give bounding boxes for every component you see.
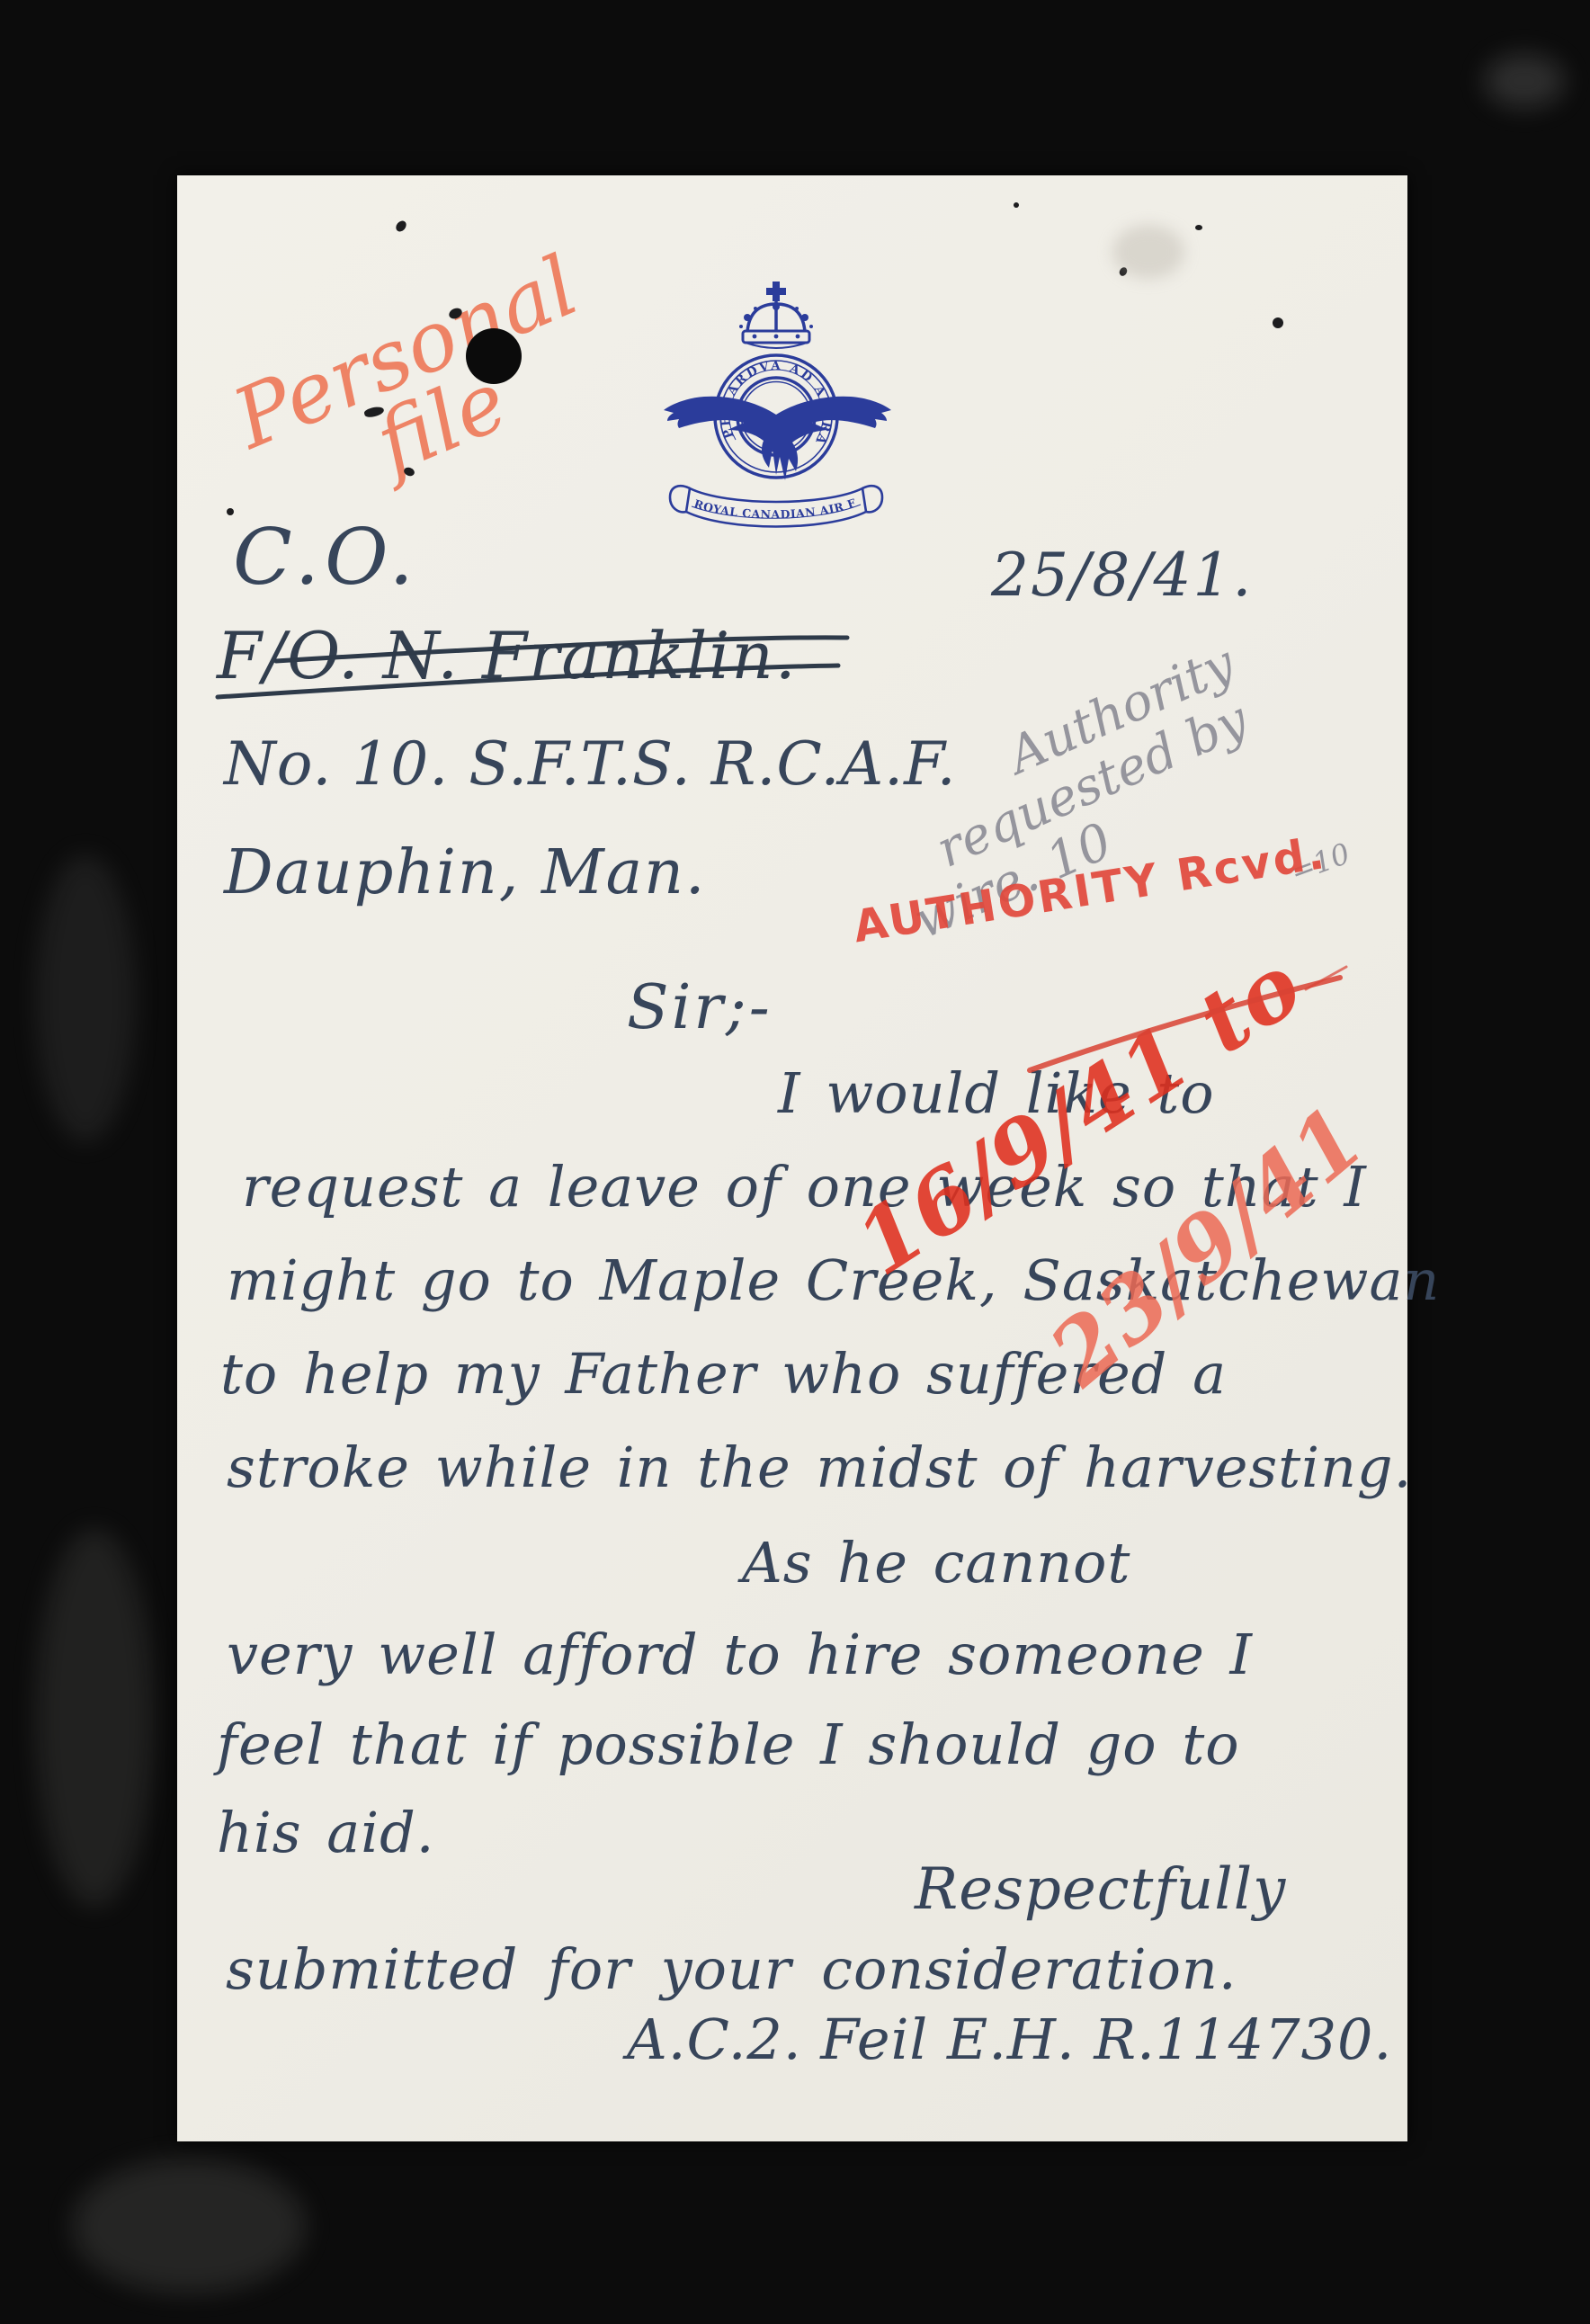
red-underline-tail (1306, 967, 1346, 989)
crossed-out-name: F/O. N. Franklin. (217, 623, 798, 688)
crown-cross-icon (766, 282, 786, 301)
body-line: very well afford to hire someone I (227, 1627, 1253, 1683)
body-line: feel that if possible I should go to (217, 1717, 1240, 1773)
scanned-letter-page: { "scan": { "background_color": "#0c0c0c… (0, 0, 1590, 2324)
backdrop-smudge (72, 2159, 306, 2293)
eagle-icon (664, 397, 891, 480)
location-line: Dauphin, Man. (224, 843, 707, 904)
closing-line1: Respectfully (915, 1861, 1286, 1918)
ink-speck (394, 219, 408, 233)
file-note: Personal file (224, 246, 619, 532)
body-line: his aid. (217, 1805, 434, 1861)
closing-line2: submitted for your consideration. (226, 1942, 1237, 1998)
rcaf-crest: PER ARDVA AD ASTRA ROYAL CANADIAN AIR FO… (659, 280, 895, 542)
letter-date: 25/8/41. (991, 546, 1253, 605)
punch-hole (466, 328, 522, 384)
body-line: As he cannot (742, 1535, 1130, 1591)
letter-paper: Personal file (177, 175, 1407, 2141)
backdrop-smudge (1484, 54, 1565, 108)
paper-stain (1112, 225, 1184, 279)
addressee: C.O. (233, 519, 419, 596)
signature-line: A.C.2. Feil E.H. R.114730. (627, 2012, 1392, 2068)
backdrop-smudge (36, 854, 135, 1142)
ink-speck (1273, 317, 1283, 328)
unit-line: No. 10. S.F.T.S. R.C.A.F. (224, 735, 957, 794)
backdrop-smudge (36, 1529, 153, 1907)
body-line: stroke while in the midst of harvesting. (227, 1440, 1412, 1496)
salutation: Sir;- (627, 978, 773, 1039)
ink-speck (1195, 225, 1202, 230)
ink-speck (1014, 202, 1019, 208)
